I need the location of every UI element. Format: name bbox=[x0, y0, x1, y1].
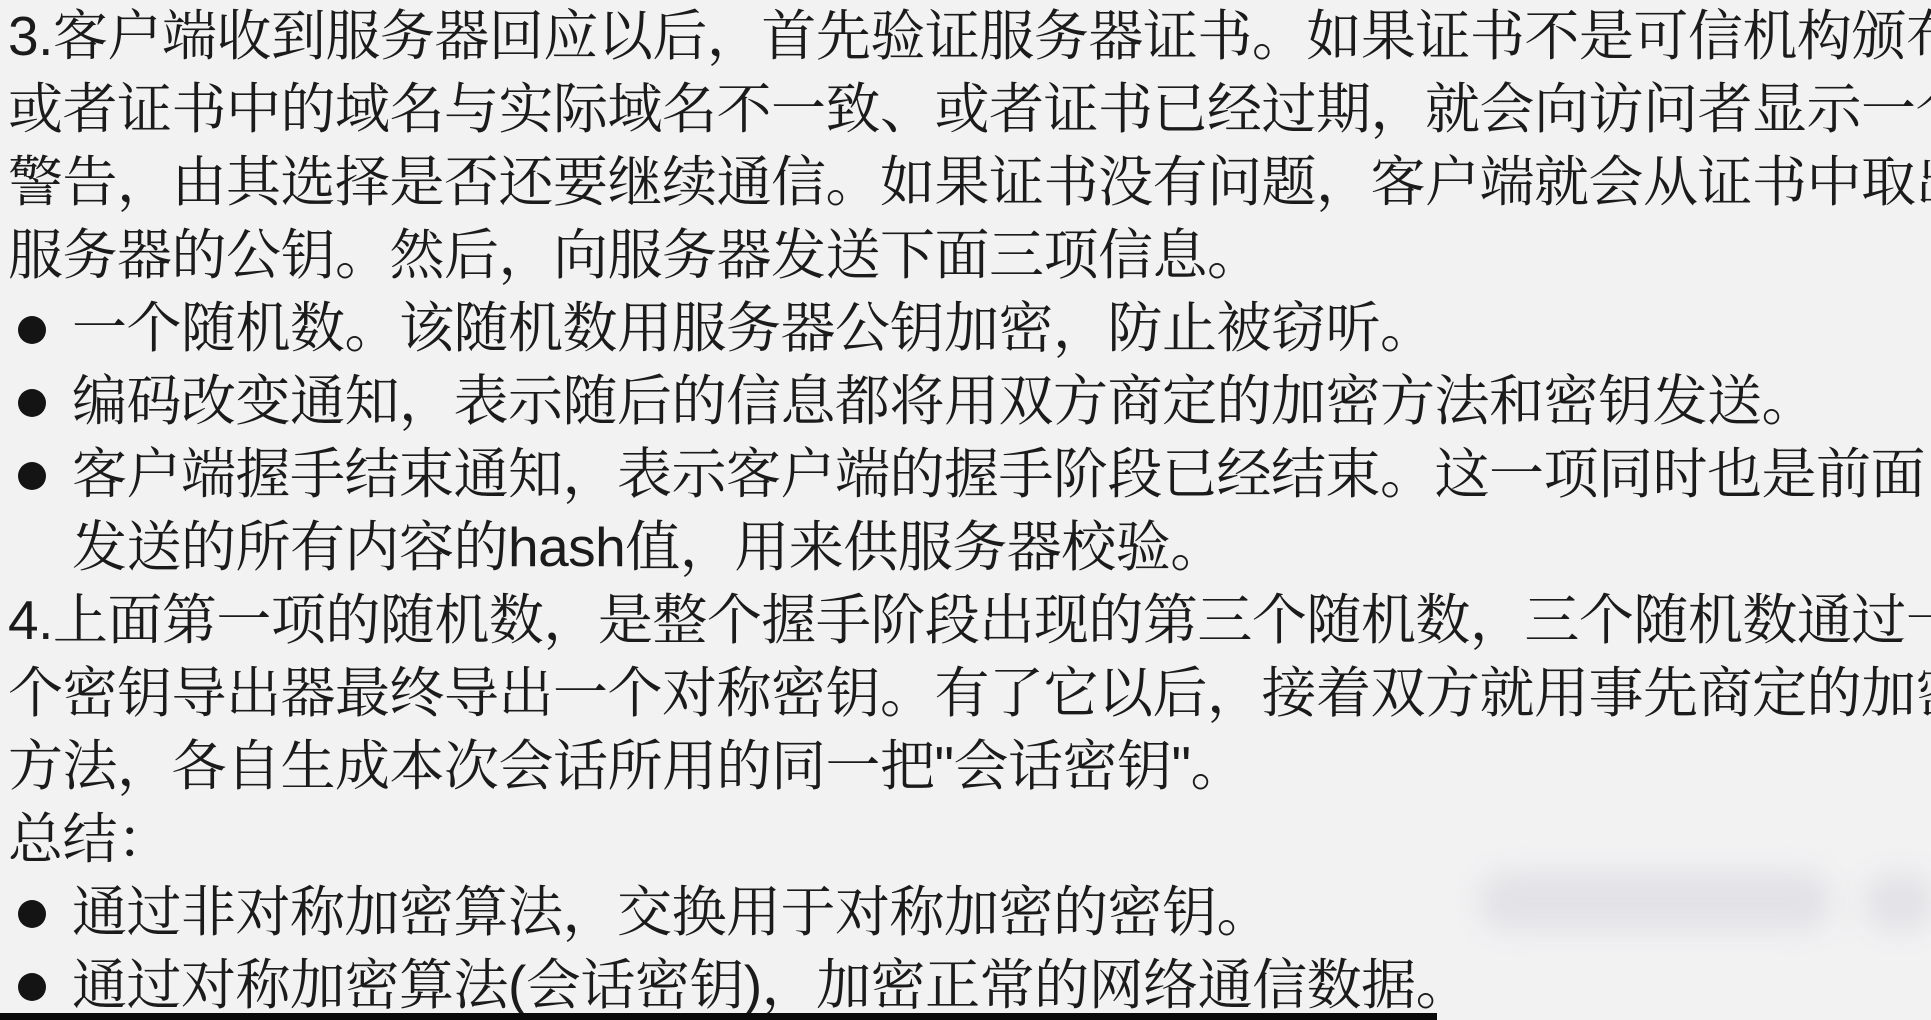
text-line: 方法，各自生成本次会话所用的同一把"会话密钥"。 bbox=[0, 730, 1931, 803]
notes-document: 3.客户端收到服务器回应以后，首先验证服务器证书。如果证书不是可信机构颁布、或者… bbox=[0, 0, 1931, 1020]
step-4-paragraph: 4.上面第一项的随机数，是整个握手阶段出现的第三个随机数，三个随机数通过一个密钥… bbox=[0, 584, 1931, 803]
text-line: 一个随机数。该随机数用服务器公钥加密，防止被窃听。 bbox=[0, 292, 1931, 365]
bullet-icon bbox=[18, 973, 46, 1001]
text-line: 发送的所有内容的hash值，用来供服务器校验。 bbox=[0, 511, 1931, 584]
text-line: 总结： bbox=[0, 803, 1931, 876]
text-line: 或者证书中的域名与实际域名不一致、或者证书已经过期，就会向访问者显示一个 bbox=[0, 73, 1931, 146]
bullet-icon bbox=[18, 316, 46, 344]
bullet-symmetric-encrypt: 通过对称加密算法(会话密钥)，加密正常的网络通信数据。 bbox=[0, 949, 1931, 1020]
text-line: 通过对称加密算法(会话密钥)，加密正常的网络通信数据。 bbox=[0, 949, 1931, 1020]
summary-heading: 总结： bbox=[0, 803, 1931, 876]
text-line: 服务器的公钥。然后，向服务器发送下面三项信息。 bbox=[0, 219, 1931, 292]
text-line: 3.客户端收到服务器回应以后，首先验证服务器证书。如果证书不是可信机构颁布、 bbox=[0, 0, 1931, 73]
text-line: 4.上面第一项的随机数，是整个握手阶段出现的第三个随机数，三个随机数通过一 bbox=[0, 584, 1931, 657]
bullet-icon bbox=[18, 462, 46, 490]
bullet-icon bbox=[18, 900, 46, 928]
step-3-paragraph: 3.客户端收到服务器回应以后，首先验证服务器证书。如果证书不是可信机构颁布、或者… bbox=[0, 0, 1931, 292]
bullet-asymmetric-exchange: 通过非对称加密算法，交换用于对称加密的密钥。 bbox=[0, 876, 1931, 949]
text-line: 通过非对称加密算法，交换用于对称加密的密钥。 bbox=[0, 876, 1931, 949]
bullet-client-handshake-finish: 客户端握手结束通知，表示客户端的握手阶段已经结束。这一项同时也是前面发送的所有内… bbox=[0, 438, 1931, 584]
bullet-icon bbox=[18, 389, 46, 417]
text-line: 警告，由其选择是否还要继续通信。如果证书没有问题，客户端就会从证书中取出 bbox=[0, 146, 1931, 219]
bullet-random-number: 一个随机数。该随机数用服务器公钥加密，防止被窃听。 bbox=[0, 292, 1931, 365]
text-line: 客户端握手结束通知，表示客户端的握手阶段已经结束。这一项同时也是前面 bbox=[0, 438, 1931, 511]
bullet-cipher-change-notice: 编码改变通知，表示随后的信息都将用双方商定的加密方法和密钥发送。 bbox=[0, 365, 1931, 438]
text-line: 个密钥导出器最终导出一个对称密钥。有了它以后，接着双方就用事先商定的加密 bbox=[0, 657, 1931, 730]
bottom-edge-bar bbox=[0, 1013, 1437, 1020]
text-line: 编码改变通知，表示随后的信息都将用双方商定的加密方法和密钥发送。 bbox=[0, 365, 1931, 438]
